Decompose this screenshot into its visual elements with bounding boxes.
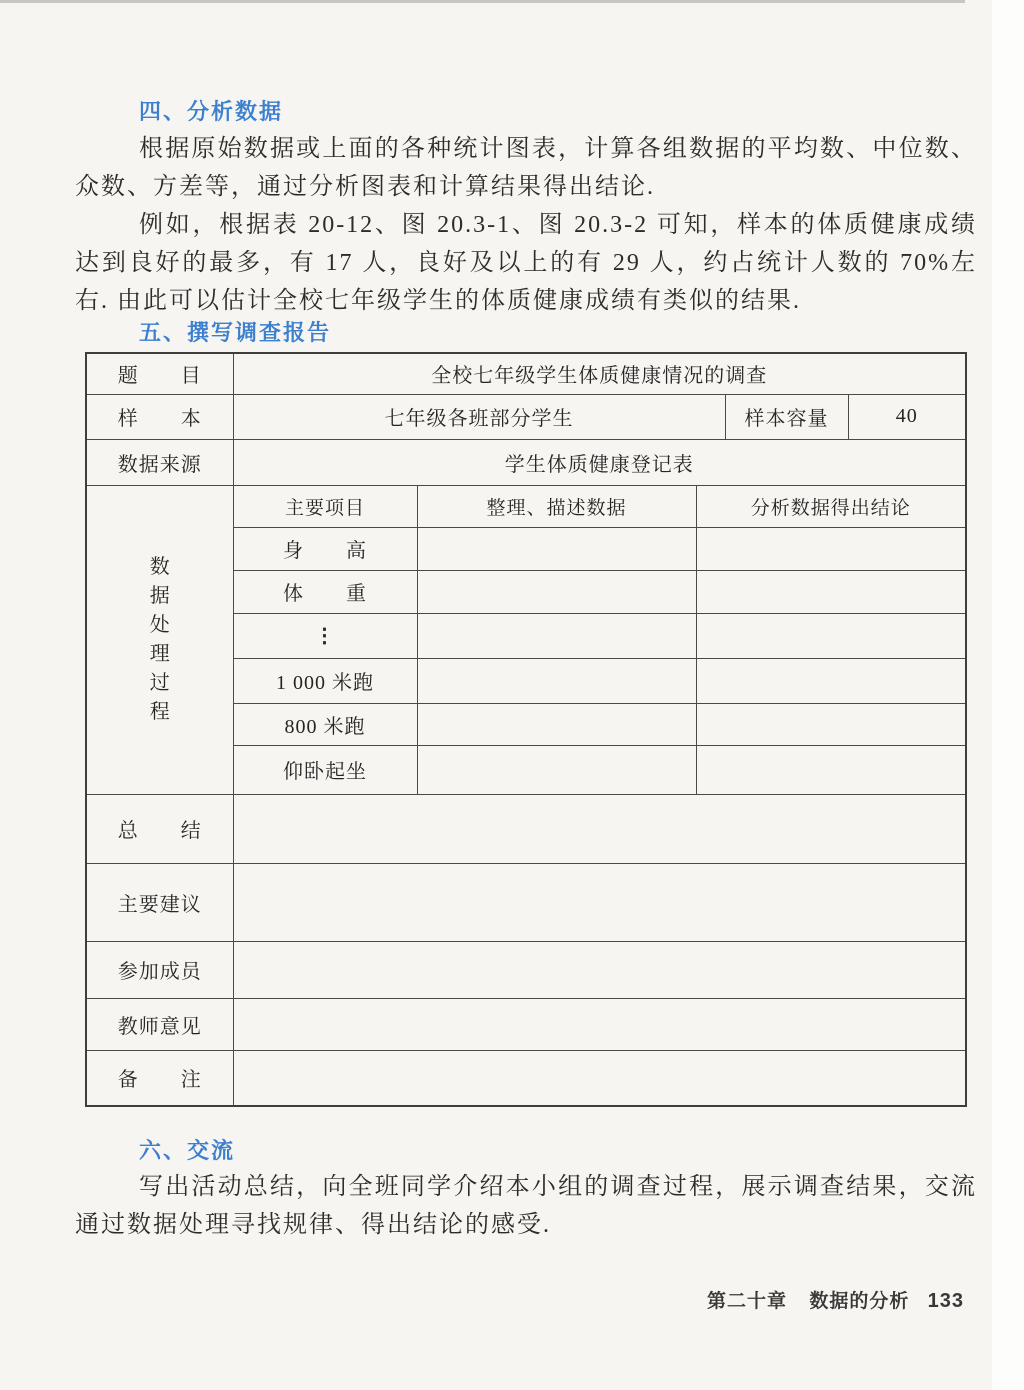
- table-row-suggestions: 主要建议: [86, 863, 966, 941]
- section-heading-communicate: 六、交流: [139, 1134, 235, 1165]
- empty-cell: [233, 863, 966, 941]
- section-heading-analyze-data: 四、分析数据: [139, 95, 283, 126]
- process-header-main-items: 主要项目: [233, 485, 417, 527]
- process-item-ellipsis: ⋮: [233, 613, 417, 658]
- row-label-data-processing: 数据处理过程: [86, 485, 233, 794]
- process-item-1000m-run: 1 000 米跑: [233, 658, 417, 703]
- table-row-summary: 总 结: [86, 794, 966, 863]
- row-label-teacher-comments: 教师意见: [86, 998, 233, 1050]
- paragraph-analyze-1: 根据原始数据或上面的各种统计图表，计算各组数据的平均数、中位数、众数、方差等，通…: [75, 130, 977, 206]
- row-label-title: 题 目: [86, 353, 233, 394]
- footer-section-title: 数据的分析: [809, 1291, 909, 1312]
- sample-value: 七年级各班部分学生: [233, 394, 725, 439]
- empty-cell: [417, 570, 696, 613]
- empty-cell: [417, 658, 696, 703]
- empty-cell: [696, 613, 966, 658]
- row-label-summary: 总 结: [86, 794, 233, 863]
- data-source-value: 学生体质健康登记表: [233, 439, 966, 485]
- row-label-suggestions: 主要建议: [86, 863, 233, 941]
- empty-cell: [417, 613, 696, 658]
- empty-cell: [233, 998, 966, 1050]
- title-value: 全校七年级学生体质健康情况的调查: [233, 353, 966, 394]
- row-label-sample: 样 本: [86, 394, 233, 439]
- paragraph-analyze-2: 例如，根据表 20-12、图 20.3-1、图 20.3-2 可知，样本的体质健…: [75, 206, 977, 320]
- textbook-page: 四、分析数据 根据原始数据或上面的各种统计图表，计算各组数据的平均数、中位数、众…: [0, 0, 1024, 1390]
- vertical-label-data-processing: 数据处理过程: [148, 553, 172, 727]
- row-label-members: 参加成员: [86, 941, 233, 998]
- sample-capacity-value: 40: [848, 394, 966, 439]
- row-label-remarks: 备 注: [86, 1050, 233, 1106]
- empty-cell: [696, 745, 966, 794]
- section-heading-write-report: 五、撰写调查报告: [139, 316, 331, 347]
- empty-cell: [696, 527, 966, 570]
- table-row-members: 参加成员: [86, 941, 966, 998]
- page-edge-right: [992, 0, 1024, 1390]
- empty-cell: [233, 1050, 966, 1106]
- empty-cell: [696, 703, 966, 745]
- survey-report-table: 题 目 全校七年级学生体质健康情况的调查 样 本 七年级各班部分学生 样本容量 …: [85, 352, 967, 1107]
- process-header-organize-describe: 整理、描述数据: [417, 485, 696, 527]
- process-item-height: 身 高: [233, 527, 417, 570]
- table-row-sample: 样 本 七年级各班部分学生 样本容量 40: [86, 394, 966, 439]
- empty-cell: [696, 570, 966, 613]
- table-row-title: 题 目 全校七年级学生体质健康情况的调查: [86, 353, 966, 394]
- empty-cell: [233, 941, 966, 998]
- table-row-teacher-comments: 教师意见: [86, 998, 966, 1050]
- footer-page-number: 133: [928, 1290, 964, 1312]
- process-item-800m-run: 800 米跑: [233, 703, 417, 745]
- empty-cell: [696, 658, 966, 703]
- empty-cell: [417, 703, 696, 745]
- paragraph-communicate: 写出活动总结，向全班同学介绍本小组的调查过程，展示调查结果，交流通过数据处理寻找…: [75, 1168, 977, 1244]
- empty-cell: [417, 745, 696, 794]
- scan-edge-top: [0, 0, 965, 3]
- sample-capacity-label: 样本容量: [725, 394, 848, 439]
- table-row-remarks: 备 注: [86, 1050, 966, 1106]
- footer-chapter: 第二十章: [707, 1291, 787, 1312]
- process-item-weight: 体 重: [233, 570, 417, 613]
- empty-cell: [417, 527, 696, 570]
- table-row-data-source: 数据来源 学生体质健康登记表: [86, 439, 966, 485]
- page-footer: 第二十章 数据的分析 133: [707, 1286, 964, 1313]
- row-label-data-source: 数据来源: [86, 439, 233, 485]
- process-item-situps: 仰卧起坐: [233, 745, 417, 794]
- empty-cell: [233, 794, 966, 863]
- process-header-analyze-conclude: 分析数据得出结论: [696, 485, 966, 527]
- table-row-process-header: 数据处理过程 主要项目 整理、描述数据 分析数据得出结论: [86, 485, 966, 527]
